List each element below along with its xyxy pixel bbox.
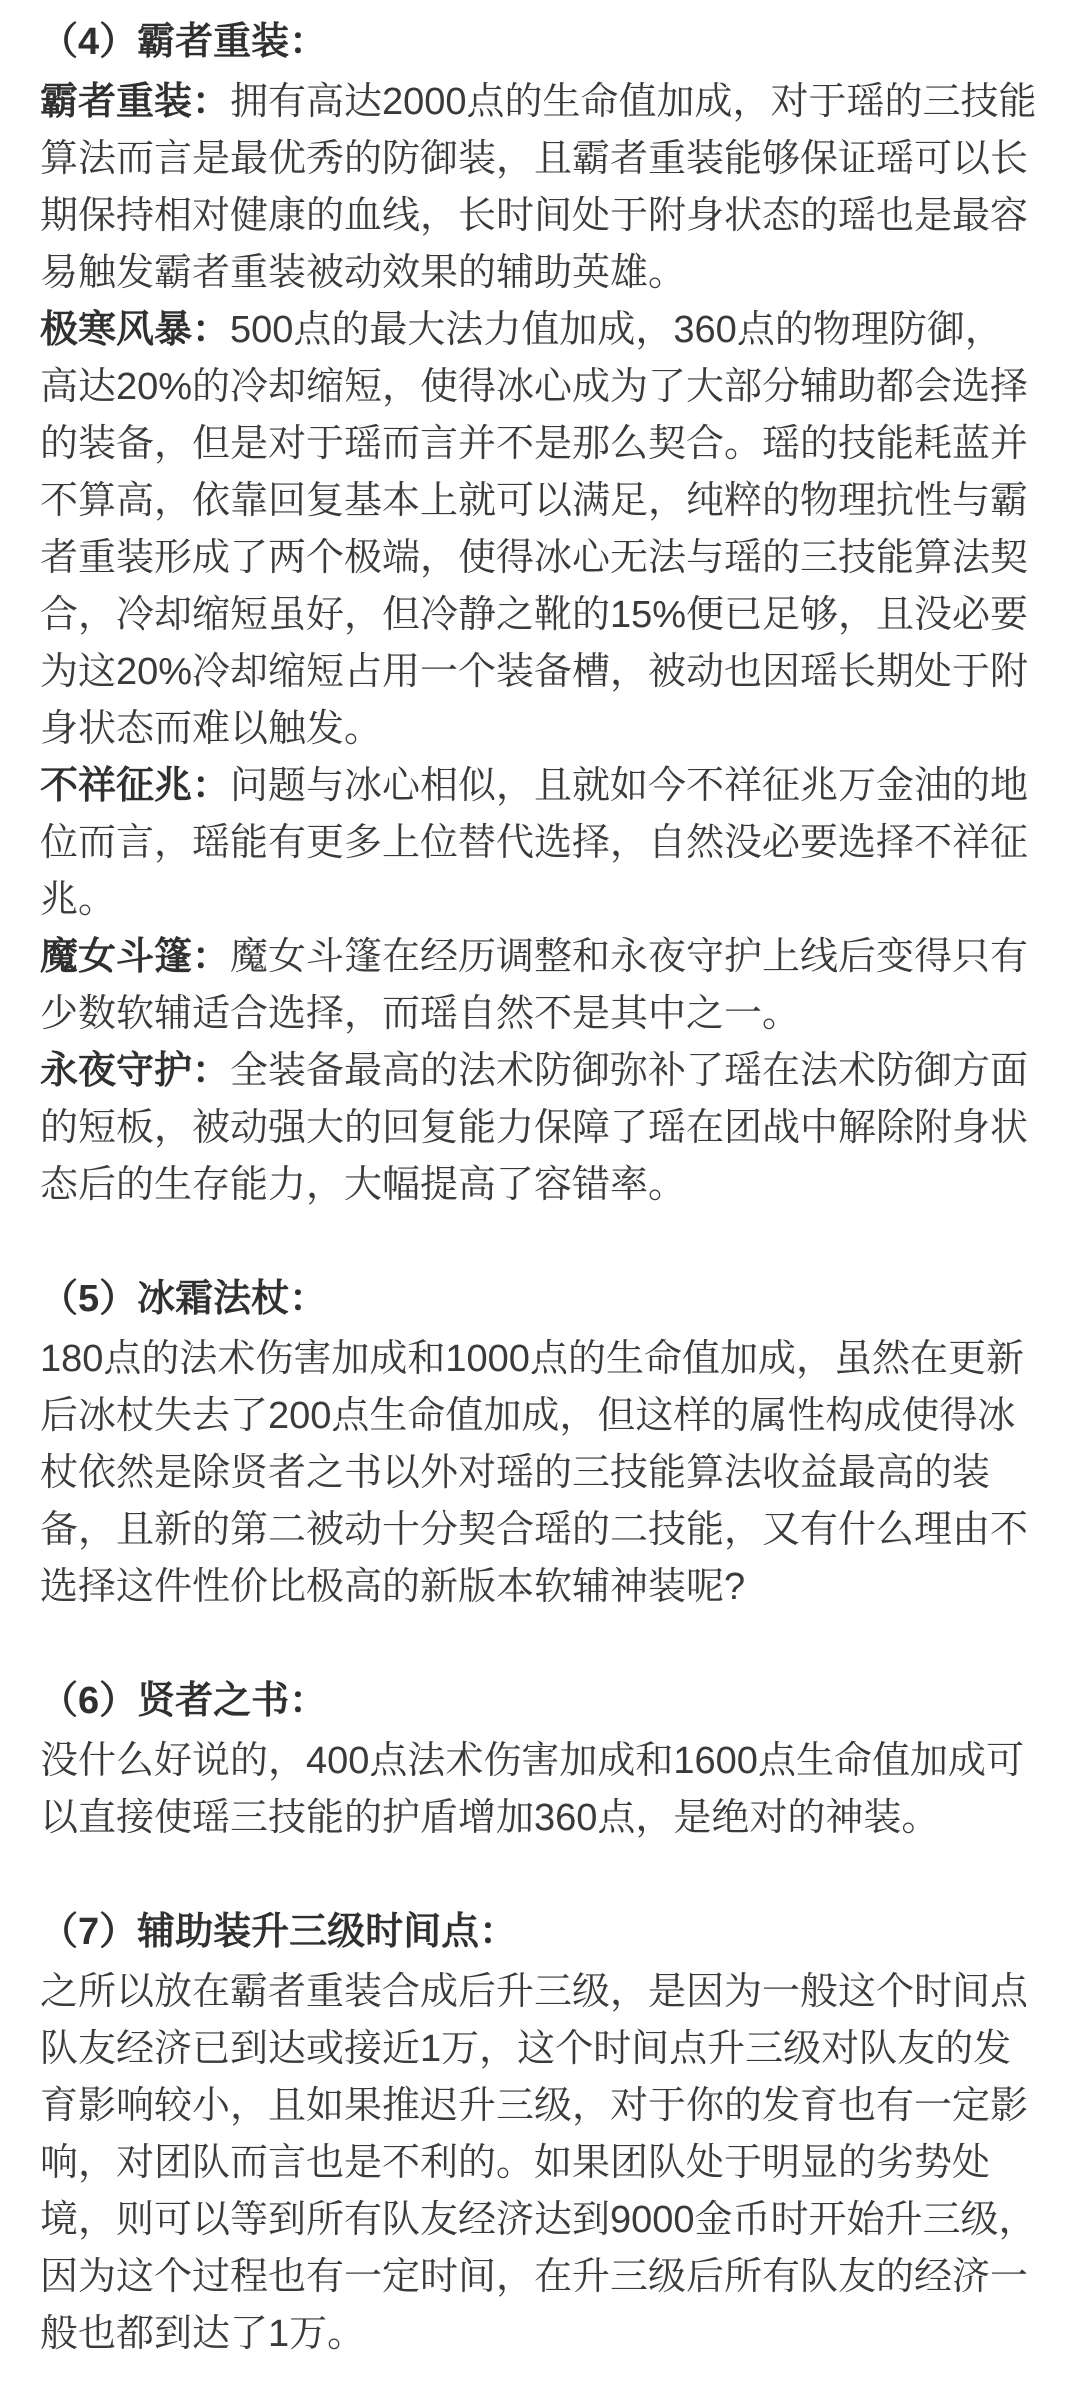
paragraph-label: 魔女斗篷： xyxy=(40,936,230,978)
paragraph-label: 永夜守护： xyxy=(40,1050,230,1092)
section-6-xianzhe-zhishu: （6）贤者之书： 没什么好说的，400点法术伤害加成和1600点生命值加成可以直… xyxy=(40,1673,1040,1847)
paragraph: 180点的法术伤害加成和1000点的生命值加成，虽然在更新后冰杖失去了200点生… xyxy=(40,1331,1040,1616)
paragraph-text: 500点的最大法力值加成，360点的物理防御，高达20%的冷却缩短，使得冰心成为… xyxy=(40,309,1028,750)
article-body: （4）霸者重装： 霸者重装：拥有高达2000点的生命值加成，对于瑶的三技能算法而… xyxy=(0,0,1080,2403)
paragraph: 永夜守护：全装备最高的法术防御弥补了瑶在法术防御方面的短板，被动强大的回复能力保… xyxy=(40,1043,1040,1214)
section-heading: （7）辅助装升三级时间点： xyxy=(40,1904,1040,1961)
section-4-baozhe-zhongzhuang: （4）霸者重装： 霸者重装：拥有高达2000点的生命值加成，对于瑶的三技能算法而… xyxy=(40,14,1040,1214)
paragraph-label: 极寒风暴： xyxy=(40,309,230,351)
paragraph-text: 没什么好说的，400点法术伤害加成和1600点生命值加成可以直接使瑶三技能的护盾… xyxy=(40,1740,1024,1839)
paragraph: 之所以放在霸者重装合成后升三级，是因为一般这个时间点队友经济已到达或接近1万，这… xyxy=(40,1964,1040,2363)
paragraph-text: 之所以放在霸者重装合成后升三级，是因为一般这个时间点队友经济已到达或接近1万，这… xyxy=(40,1971,1037,2355)
section-heading: （5）冰霜法杖： xyxy=(40,1271,1040,1328)
section-heading: （6）贤者之书： xyxy=(40,1673,1040,1730)
paragraph-label: 霸者重装： xyxy=(40,81,230,123)
paragraph: 不祥征兆：问题与冰心相似，且就如今不祥征兆万金油的地位而言，瑶能有更多上位替代选… xyxy=(40,758,1040,929)
paragraph: 霸者重装：拥有高达2000点的生命值加成，对于瑶的三技能算法而言是最优秀的防御装… xyxy=(40,74,1040,302)
section-5-bingshuang-fazhang: （5）冰霜法杖： 180点的法术伤害加成和1000点的生命值加成，虽然在更新后冰… xyxy=(40,1271,1040,1616)
paragraph-text: 180点的法术伤害加成和1000点的生命值加成，虽然在更新后冰杖失去了200点生… xyxy=(40,1338,1028,1608)
section-7-fuzhuzhuang-timing: （7）辅助装升三级时间点： 之所以放在霸者重装合成后升三级，是因为一般这个时间点… xyxy=(40,1904,1040,2363)
paragraph: 极寒风暴：500点的最大法力值加成，360点的物理防御，高达20%的冷却缩短，使… xyxy=(40,302,1040,758)
paragraph: 没什么好说的，400点法术伤害加成和1600点生命值加成可以直接使瑶三技能的护盾… xyxy=(40,1733,1040,1847)
paragraph-label: 不祥征兆： xyxy=(40,765,230,807)
paragraph: 魔女斗篷：魔女斗篷在经历调整和永夜守护上线后变得只有少数软辅适合选择，而瑶自然不… xyxy=(40,929,1040,1043)
section-heading: （4）霸者重装： xyxy=(40,14,1040,71)
